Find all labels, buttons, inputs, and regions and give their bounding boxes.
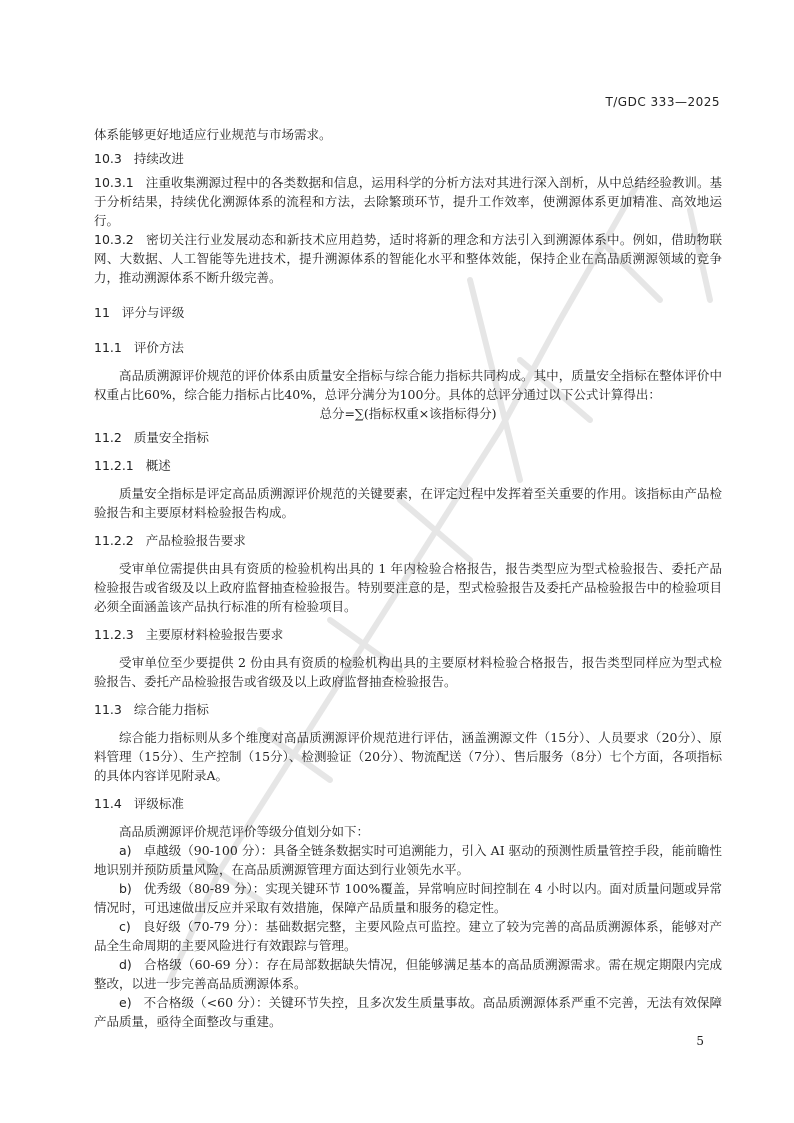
section-number: 10.3 (94, 149, 122, 168)
clause-10-3-1: 10.3.1注重收集溯源过程中的各类数据和信息，运用科学的分析方法对其进行深入剖… (94, 173, 722, 230)
section-title: 综合能力指标 (134, 702, 209, 717)
scoring-formula: 总分=∑(指标权重×该指标得分) (94, 404, 722, 423)
section-11-1-heading: 11.1评价方法 (94, 338, 722, 357)
section-number: 11.3 (94, 700, 122, 719)
section-11-3-text: 综合能力指标则从多个维度对高品质溯源评价规范进行评估，涵盖溯源文件（15分）、人… (94, 728, 722, 785)
section-11-heading: 11评分与评级 (94, 303, 722, 322)
section-number: 11.4 (94, 794, 122, 813)
list-label: b) (119, 881, 132, 896)
list-text: 优秀级（80-89 分）：实现关键环节 100%覆盖，异常响应时间控制在 4 小… (94, 881, 722, 915)
section-11-4-heading: 11.4评级标准 (94, 794, 722, 813)
page-number: 5 (696, 1034, 704, 1048)
document-page: T/GDC 333—2025 体系能够更好地适应行业规范与市场需求。 10.3持… (0, 0, 794, 1123)
section-title: 评分与评级 (122, 305, 185, 320)
grade-list: a)卓越级（90-100 分）：具备全链条数据实时可追溯能力，引入 AI 驱动的… (94, 841, 722, 1031)
grade-item-c: c)良好级（70-79 分）：基础数据完整，主要风险点可监控。建立了较为完善的高… (94, 917, 722, 955)
clause-number: 10.3.2 (94, 232, 134, 247)
grade-item-e: e)不合格级（<60 分）：关键环节失控，且多次发生质量事故。高品质溯源体系严重… (94, 993, 722, 1031)
clause-number: 10.3.1 (94, 175, 134, 190)
section-11-4-intro: 高品质溯源评价规范评价等级分值划分如下： (94, 822, 722, 841)
list-text: 不合格级（<60 分）：关键环节失控，且多次发生质量事故。高品质溯源体系严重不完… (94, 995, 722, 1029)
section-10-3-heading: 10.3持续改进 (94, 149, 722, 168)
section-11-2-1-text: 质量安全指标是评定高品质溯源评价规范的关键要素，在评定过程中发挥着至关重要的作用… (94, 484, 722, 522)
list-label: a) (119, 843, 132, 858)
section-number: 11.2.2 (94, 531, 134, 550)
section-number: 11 (94, 303, 110, 322)
clause-text: 注重收集溯源过程中的各类数据和信息，运用科学的分析方法对其进行深入剖析，从中总结… (94, 175, 722, 228)
section-number: 11.2.1 (94, 456, 134, 475)
document-body: 体系能够更好地适应行业规范与市场需求。 10.3持续改进 10.3.1注重收集溯… (94, 125, 722, 1031)
list-label: c) (119, 919, 131, 934)
section-number: 11.2 (94, 428, 122, 447)
list-text: 良好级（70-79 分）：基础数据完整，主要风险点可监控。建立了较为完善的高品质… (94, 919, 722, 953)
section-11-2-1-heading: 11.2.1概述 (94, 456, 722, 475)
clause-text: 密切关注行业发展动态和新技术应用趋势，适时将新的理念和方法引入到溯源体系中。例如… (94, 232, 722, 285)
section-title: 质量安全指标 (134, 430, 209, 445)
section-title: 主要原材料检验报告要求 (146, 627, 284, 642)
document-id: T/GDC 333—2025 (605, 95, 720, 109)
section-11-3-heading: 11.3综合能力指标 (94, 700, 722, 719)
list-label: d) (119, 957, 132, 972)
section-title: 评级标准 (134, 796, 184, 811)
section-title: 产品检验报告要求 (146, 533, 246, 548)
section-number: 11.1 (94, 338, 122, 357)
section-number: 11.2.3 (94, 625, 134, 644)
grade-item-d: d)合格级（60-69 分）：存在局部数据缺失情况，但能够满足基本的高品质溯源需… (94, 955, 722, 993)
clause-10-3-2: 10.3.2密切关注行业发展动态和新技术应用趋势，适时将新的理念和方法引入到溯源… (94, 230, 722, 287)
section-title: 评价方法 (134, 340, 184, 355)
section-11-2-heading: 11.2质量安全指标 (94, 428, 722, 447)
list-text: 合格级（60-69 分）：存在局部数据缺失情况，但能够满足基本的高品质溯源需求。… (94, 957, 722, 991)
section-11-2-2-text: 受审单位需提供由具有资质的检验机构出具的 1 年内检验合格报告，报告类型应为型式… (94, 559, 722, 616)
section-11-2-2-heading: 11.2.2产品检验报告要求 (94, 531, 722, 550)
list-label: e) (119, 995, 132, 1010)
section-title: 概述 (146, 458, 171, 473)
paragraph-continuation: 体系能够更好地适应行业规范与市场需求。 (94, 125, 722, 144)
section-11-2-3-heading: 11.2.3主要原材料检验报告要求 (94, 625, 722, 644)
section-title: 持续改进 (134, 151, 184, 166)
list-text: 卓越级（90-100 分）：具备全链条数据实时可追溯能力，引入 AI 驱动的预测… (94, 843, 722, 877)
section-11-2-3-text: 受审单位至少要提供 2 份由具有资质的检验机构出具的主要原材料检验合格报告，报告… (94, 653, 722, 691)
grade-item-a: a)卓越级（90-100 分）：具备全链条数据实时可追溯能力，引入 AI 驱动的… (94, 841, 722, 879)
grade-item-b: b)优秀级（80-89 分）：实现关键环节 100%覆盖，异常响应时间控制在 4… (94, 879, 722, 917)
section-11-1-text: 高品质溯源评价规范的评价体系由质量安全指标与综合能力指标共同构成。其中，质量安全… (94, 366, 722, 404)
